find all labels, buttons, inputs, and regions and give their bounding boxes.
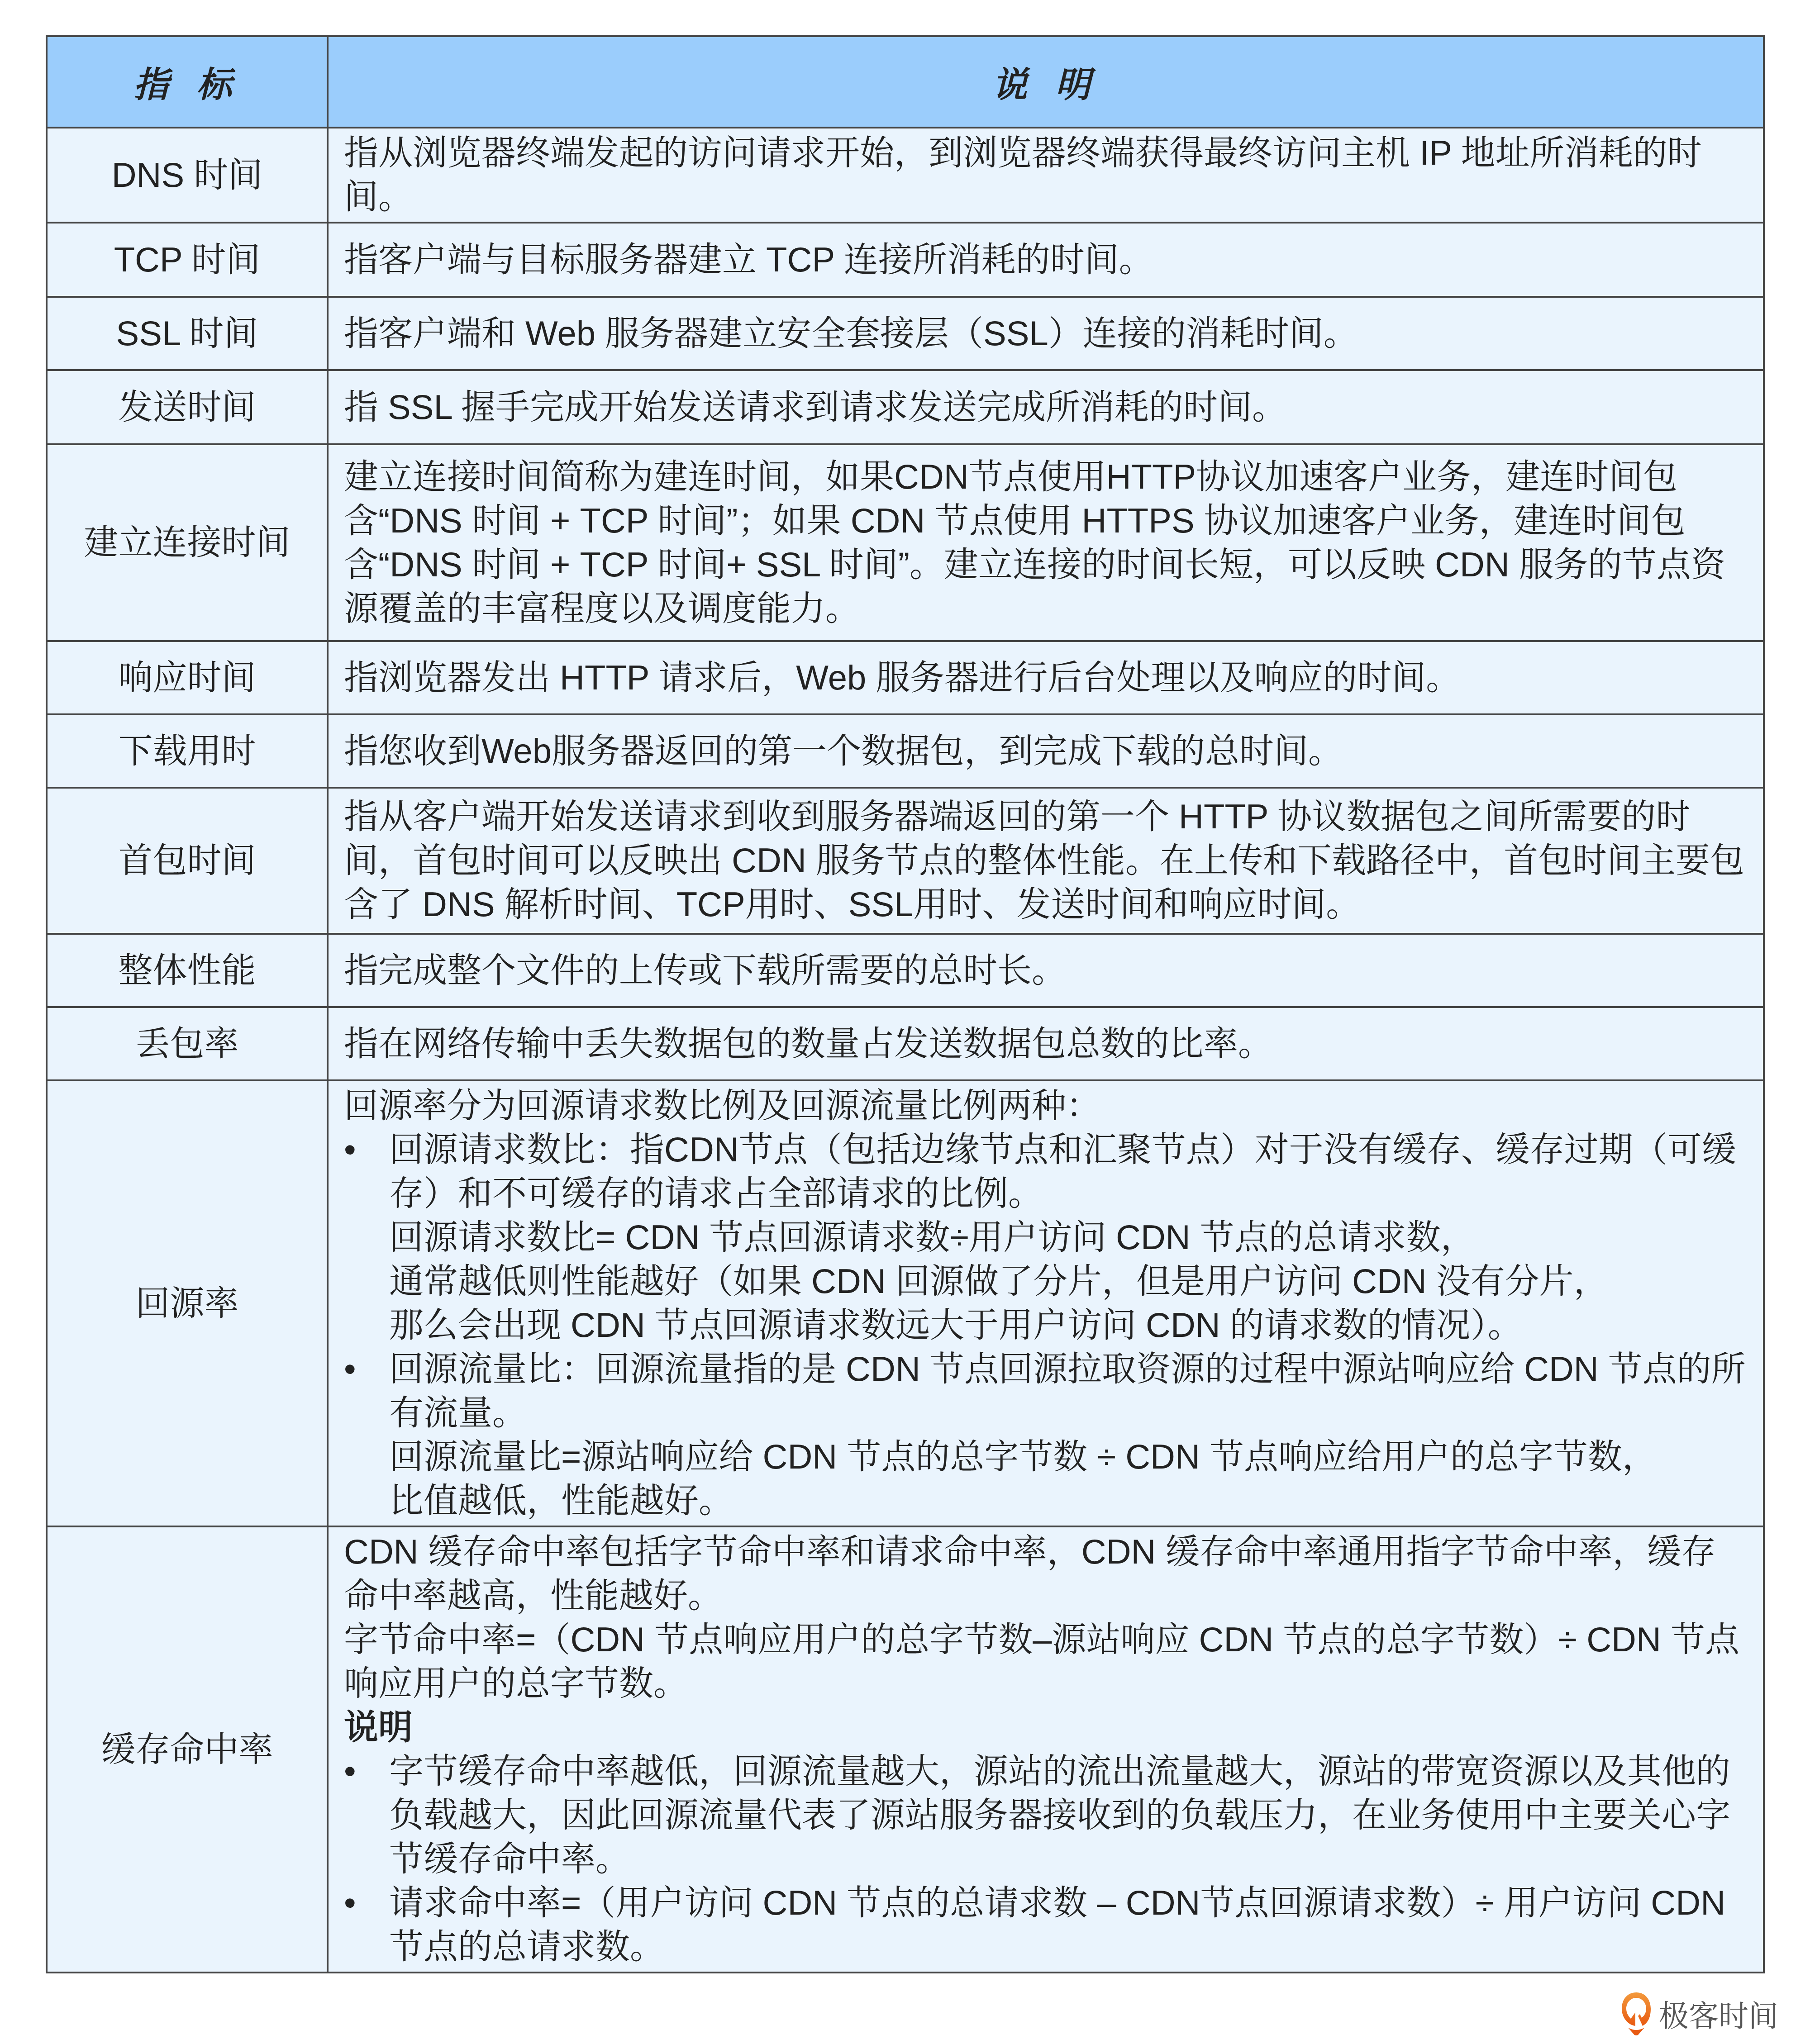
bullet-text: 比值越低，性能越好。 <box>389 1479 1749 1523</box>
metric-name: 回源率 <box>47 1080 328 1526</box>
table-row: DNS 时间 指从浏览器终端发起的访问请求开始，到浏览器终端获得最终访问主机 I… <box>47 128 1764 223</box>
metric-name: SSL 时间 <box>47 297 328 370</box>
metric-name: DNS 时间 <box>47 128 328 223</box>
metric-desc: 指完成整个文件的上传或下载所需要的总时长。 <box>328 934 1764 1007</box>
metric-desc: 建立连接时间简称为建连时间，如果CDN节点使用HTTP协议加速客户业务，建连时间… <box>328 444 1764 641</box>
brand-name: 极客时间 <box>1659 1992 1778 2035</box>
metric-name: 整体性能 <box>47 934 328 1007</box>
metric-name: 响应时间 <box>47 641 328 714</box>
header-metric: 指 标 <box>47 36 328 128</box>
table-row: 整体性能 指完成整个文件的上传或下载所需要的总时长。 <box>47 934 1764 1007</box>
metric-name: 下载用时 <box>47 714 328 788</box>
bullet-item: 回源请求数比：指CDN节点（包括边缘节点和汇聚节点）对于没有缓存、缓存过期（可缓… <box>344 1128 1749 1347</box>
metric-desc: 指您收到Web服务器返回的第一个数据包，到完成下载的总时间。 <box>328 714 1764 788</box>
bullet-text: 那么会出现 CDN 节点回源请求数远大于用户访问 CDN 的请求数的情况）。 <box>389 1303 1749 1347</box>
paragraph: CDN 缓存命中率包括字节命中率和请求命中率，CDN 缓存命中率通用指字节命中率… <box>344 1530 1749 1618</box>
metric-name: 丢包率 <box>47 1007 328 1080</box>
metric-desc: 指在网络传输中丢失数据包的数量占发送数据包总数的比率。 <box>328 1007 1764 1080</box>
metric-desc: 回源率分为回源请求数比例及回源流量比例两种： 回源请求数比：指CDN节点（包括边… <box>328 1080 1764 1526</box>
note-title: 说明 <box>344 1706 1749 1749</box>
geektime-logo-icon <box>1620 1991 1653 2036</box>
formula-text: 回源请求数比= CDN 节点回源请求数÷用户访问 CDN 节点的总请求数， <box>389 1216 1749 1260</box>
metric-desc: 指 SSL 握手完成开始发送请求到请求发送完成所消耗的时间。 <box>328 370 1764 444</box>
metric-name: 缓存命中率 <box>47 1526 328 1973</box>
intro-text: 回源率分为回源请求数比例及回源流量比例两种： <box>344 1084 1749 1128</box>
bullet-text: 通常越低则性能越好（如果 CDN 回源做了分片，但是用户访问 CDN 没有分片， <box>389 1260 1749 1303</box>
bullet-item: 字节缓存命中率越低，回源流量越大，源站的流出流量越大，源站的带宽资源以及其他的负… <box>344 1749 1749 1881</box>
bullet-list: 字节缓存命中率越低，回源流量越大，源站的流出流量越大，源站的带宽资源以及其他的负… <box>344 1749 1749 1969</box>
metrics-table: 指 标 说 明 DNS 时间 指从浏览器终端发起的访问请求开始，到浏览器终端获得… <box>46 35 1765 1973</box>
formula-text: 回源流量比=源站响应给 CDN 节点的总字节数 ÷ CDN 节点响应给用户的总字… <box>389 1435 1749 1479</box>
table-row: 缓存命中率 CDN 缓存命中率包括字节命中率和请求命中率，CDN 缓存命中率通用… <box>47 1526 1764 1973</box>
metric-desc: CDN 缓存命中率包括字节命中率和请求命中率，CDN 缓存命中率通用指字节命中率… <box>328 1526 1764 1973</box>
metric-name: TCP 时间 <box>47 223 328 297</box>
metric-desc: 指从浏览器终端发起的访问请求开始，到浏览器终端获得最终访问主机 IP 地址所消耗… <box>328 128 1764 223</box>
metric-desc: 指浏览器发出 HTTP 请求后，Web 服务器进行后台处理以及响应的时间。 <box>328 641 1764 714</box>
metric-desc: 指客户端和 Web 服务器建立安全套接层（SSL）连接的消耗时间。 <box>328 297 1764 370</box>
bullet-text: 回源请求数比：指CDN节点（包括边缘节点和汇聚节点）对于没有缓存、缓存过期（可缓… <box>389 1128 1749 1216</box>
table-row: 首包时间 指从客户端开始发送请求到收到服务器端返回的第一个 HTTP 协议数据包… <box>47 788 1764 934</box>
table-row: 发送时间 指 SSL 握手完成开始发送请求到请求发送完成所消耗的时间。 <box>47 370 1764 444</box>
formula-text: 字节命中率=（CDN 节点响应用户的总字节数–源站响应 CDN 节点的总字节数）… <box>344 1618 1749 1706</box>
table-row: SSL 时间 指客户端和 Web 服务器建立安全套接层（SSL）连接的消耗时间。 <box>47 297 1764 370</box>
table-row: 丢包率 指在网络传输中丢失数据包的数量占发送数据包总数的比率。 <box>47 1007 1764 1080</box>
table-row: 建立连接时间 建立连接时间简称为建连时间，如果CDN节点使用HTTP协议加速客户… <box>47 444 1764 641</box>
table-row: TCP 时间 指客户端与目标服务器建立 TCP 连接所消耗的时间。 <box>47 223 1764 297</box>
table-row: 回源率 回源率分为回源请求数比例及回源流量比例两种： 回源请求数比：指CDN节点… <box>47 1080 1764 1526</box>
table-header: 指 标 说 明 <box>47 36 1764 128</box>
metric-name: 首包时间 <box>47 788 328 934</box>
metric-desc: 指客户端与目标服务器建立 TCP 连接所消耗的时间。 <box>328 223 1764 297</box>
metric-name: 建立连接时间 <box>47 444 328 641</box>
brand-logo: 极客时间 <box>1620 1991 1778 2036</box>
bullet-list: 回源请求数比：指CDN节点（包括边缘节点和汇聚节点）对于没有缓存、缓存过期（可缓… <box>344 1128 1749 1523</box>
bullet-item: 请求命中率=（用户访问 CDN 节点的总请求数 – CDN节点回源请求数）÷ 用… <box>344 1881 1749 1969</box>
bullet-item: 回源流量比：回源流量指的是 CDN 节点回源拉取资源的过程中源站响应给 CDN … <box>344 1347 1749 1523</box>
header-description: 说 明 <box>328 36 1764 128</box>
table-row: 下载用时 指您收到Web服务器返回的第一个数据包，到完成下载的总时间。 <box>47 714 1764 788</box>
metric-desc: 指从客户端开始发送请求到收到服务器端返回的第一个 HTTP 协议数据包之间所需要… <box>328 788 1764 934</box>
bullet-text: 回源流量比：回源流量指的是 CDN 节点回源拉取资源的过程中源站响应给 CDN … <box>389 1347 1749 1435</box>
metric-name: 发送时间 <box>47 370 328 444</box>
table-row: 响应时间 指浏览器发出 HTTP 请求后，Web 服务器进行后台处理以及响应的时… <box>47 641 1764 714</box>
